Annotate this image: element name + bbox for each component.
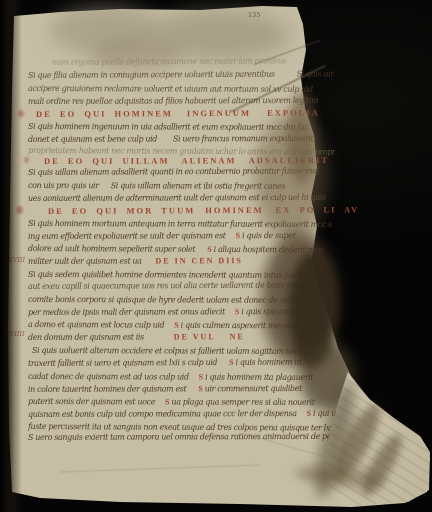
body-text: puterit sonis der quisnam est uoce — [28, 397, 155, 406]
body-text: Si quis uoluerit alterum occidere et col… — [32, 346, 303, 356]
text-line: cadat donec de quisnam est ad uos culp u… — [28, 372, 313, 385]
text-line: per medios de ipsis mali der quisnam est… — [28, 307, 300, 320]
text-line: num ergoma puella defuncta mcamone nec m… — [52, 56, 286, 70]
body-text: a domo et quisnam est locus culp uid — [28, 320, 164, 330]
text-line: militer uult der quisnam est uaDE IN CEN… — [28, 256, 243, 269]
rubric-text: INGENUUM — [187, 108, 251, 118]
body-text: cadat donec de quisnam est ad uos culp u… — [28, 372, 189, 382]
text-line: con uis pro quis uirSi quis uillam alien… — [28, 181, 285, 194]
margin-mark — [24, 157, 29, 163]
body-text: Si que filia alienam in coniugium accipe… — [28, 70, 275, 80]
text-line: Si que filia alienam in coniugium accipe… — [28, 69, 334, 83]
body-text: donet et quisnam est bene culp uid — [28, 135, 157, 144]
body-text: per medios de ipsis mali der quisnam est… — [28, 307, 225, 317]
body-text: quisnam est bonis culp uid compo medicam… — [28, 409, 297, 419]
text-line: den domum der quisnam est iisDE VULNE — [28, 332, 245, 345]
body-text: in colore tauerint homines der quisnam e… — [28, 384, 186, 394]
rubric-text: NE — [230, 332, 245, 341]
text-line: in colore tauerint homines der quisnam e… — [28, 384, 302, 397]
text-line: quisnam est bonis culp uid compo medicam… — [28, 409, 378, 422]
rubric-text: HOMINEM — [205, 205, 263, 215]
manuscript-photo: 135 num ergoma puella defuncta mcamone n… — [0, 0, 432, 512]
rubric-text: DE VUL — [174, 332, 216, 341]
binding-gutter — [0, 0, 22, 512]
body-text: den domum der quisnam est iis — [28, 333, 144, 342]
body-text: militer uult der quisnam est ua — [28, 257, 142, 266]
text-line: traxerit fallierit si uero et quisnam es… — [28, 358, 301, 371]
body-text: ing eum effoderit expoliauerit se uult d… — [28, 231, 226, 241]
rubric-text: DE EO QUI HOMINEM — [36, 108, 173, 119]
text-line: S uero sanguis exierit tam campora uel o… — [28, 432, 340, 445]
rubric-text: ALIENAM — [181, 155, 236, 165]
rubric-text: DE EO QUI MOR TUUM — [48, 205, 195, 216]
body-text: traxerit fallierit si uero et quisnam es… — [28, 358, 217, 368]
body-text: i quis hominem ita plagauerit — [205, 373, 313, 382]
body-text: num ergoma puella defuncta mcamone nec m… — [52, 56, 286, 67]
body-text: dolore ad uult hominem sepelierit super … — [28, 244, 195, 254]
text-line: ing eum effoderit expoliauerit se uult d… — [28, 231, 296, 244]
body-text: mali ordine res puellae adquisitas ad fi… — [28, 96, 318, 106]
body-text: uir commensuret quislibet — [205, 384, 302, 393]
text-line: puterit sonis der quisnam est uoceSua pl… — [28, 397, 315, 410]
body-text: ua plaga qua semper res si alia nouerit — [171, 398, 314, 407]
rubric-text: DE IN CEN DIIS — [156, 256, 243, 265]
stain-right-mid — [255, 115, 327, 240]
rubric-text: DE EO QUI UILLAM — [44, 156, 170, 166]
body-text: con uis pro quis uir — [28, 181, 99, 190]
body-text: S uero sanguis exierit tam campora uel o… — [28, 432, 340, 442]
text-line: a domo et quisnam est locus culp uidSi q… — [28, 320, 298, 333]
